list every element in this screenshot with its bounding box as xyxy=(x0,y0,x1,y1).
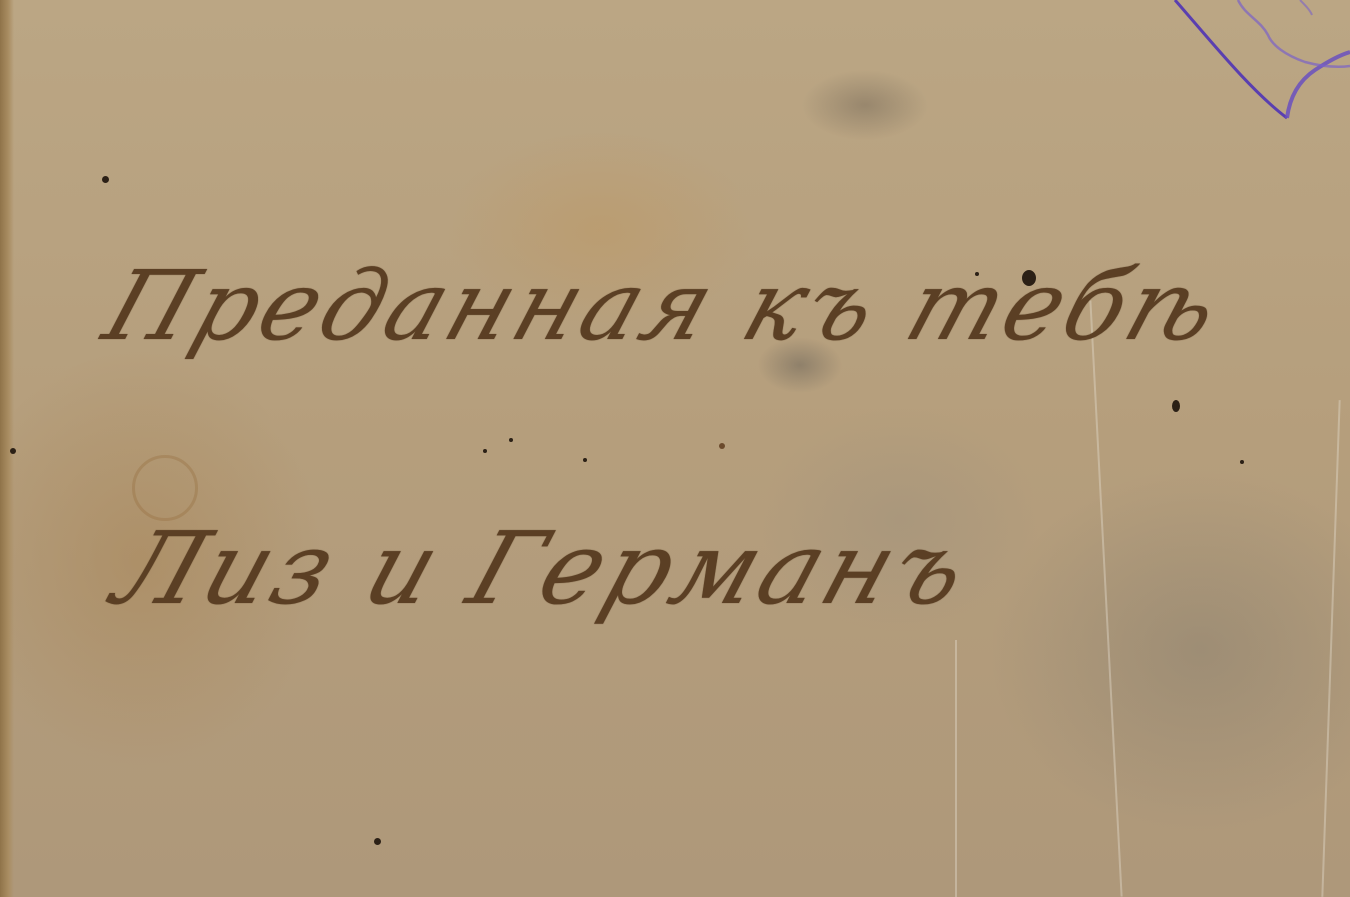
ink-speck xyxy=(583,458,587,462)
inscription-line-1: Преданная къ тебѣ xyxy=(92,250,1237,362)
purple-stamp-mark xyxy=(1150,0,1350,130)
paper-crease xyxy=(955,640,957,897)
ink-speck xyxy=(483,449,487,453)
ink-speck xyxy=(374,838,381,845)
ink-speck xyxy=(1022,270,1036,286)
ink-speck xyxy=(102,176,109,183)
ink-speck xyxy=(975,272,979,276)
aged-paper-background xyxy=(0,0,1350,897)
inscription-line-2: Лиз и Германъ xyxy=(101,510,986,627)
ink-speck xyxy=(509,438,513,442)
ink-speck xyxy=(1240,460,1244,464)
ink-speck xyxy=(719,443,725,449)
ink-speck xyxy=(1172,400,1180,412)
ink-speck xyxy=(10,448,16,454)
